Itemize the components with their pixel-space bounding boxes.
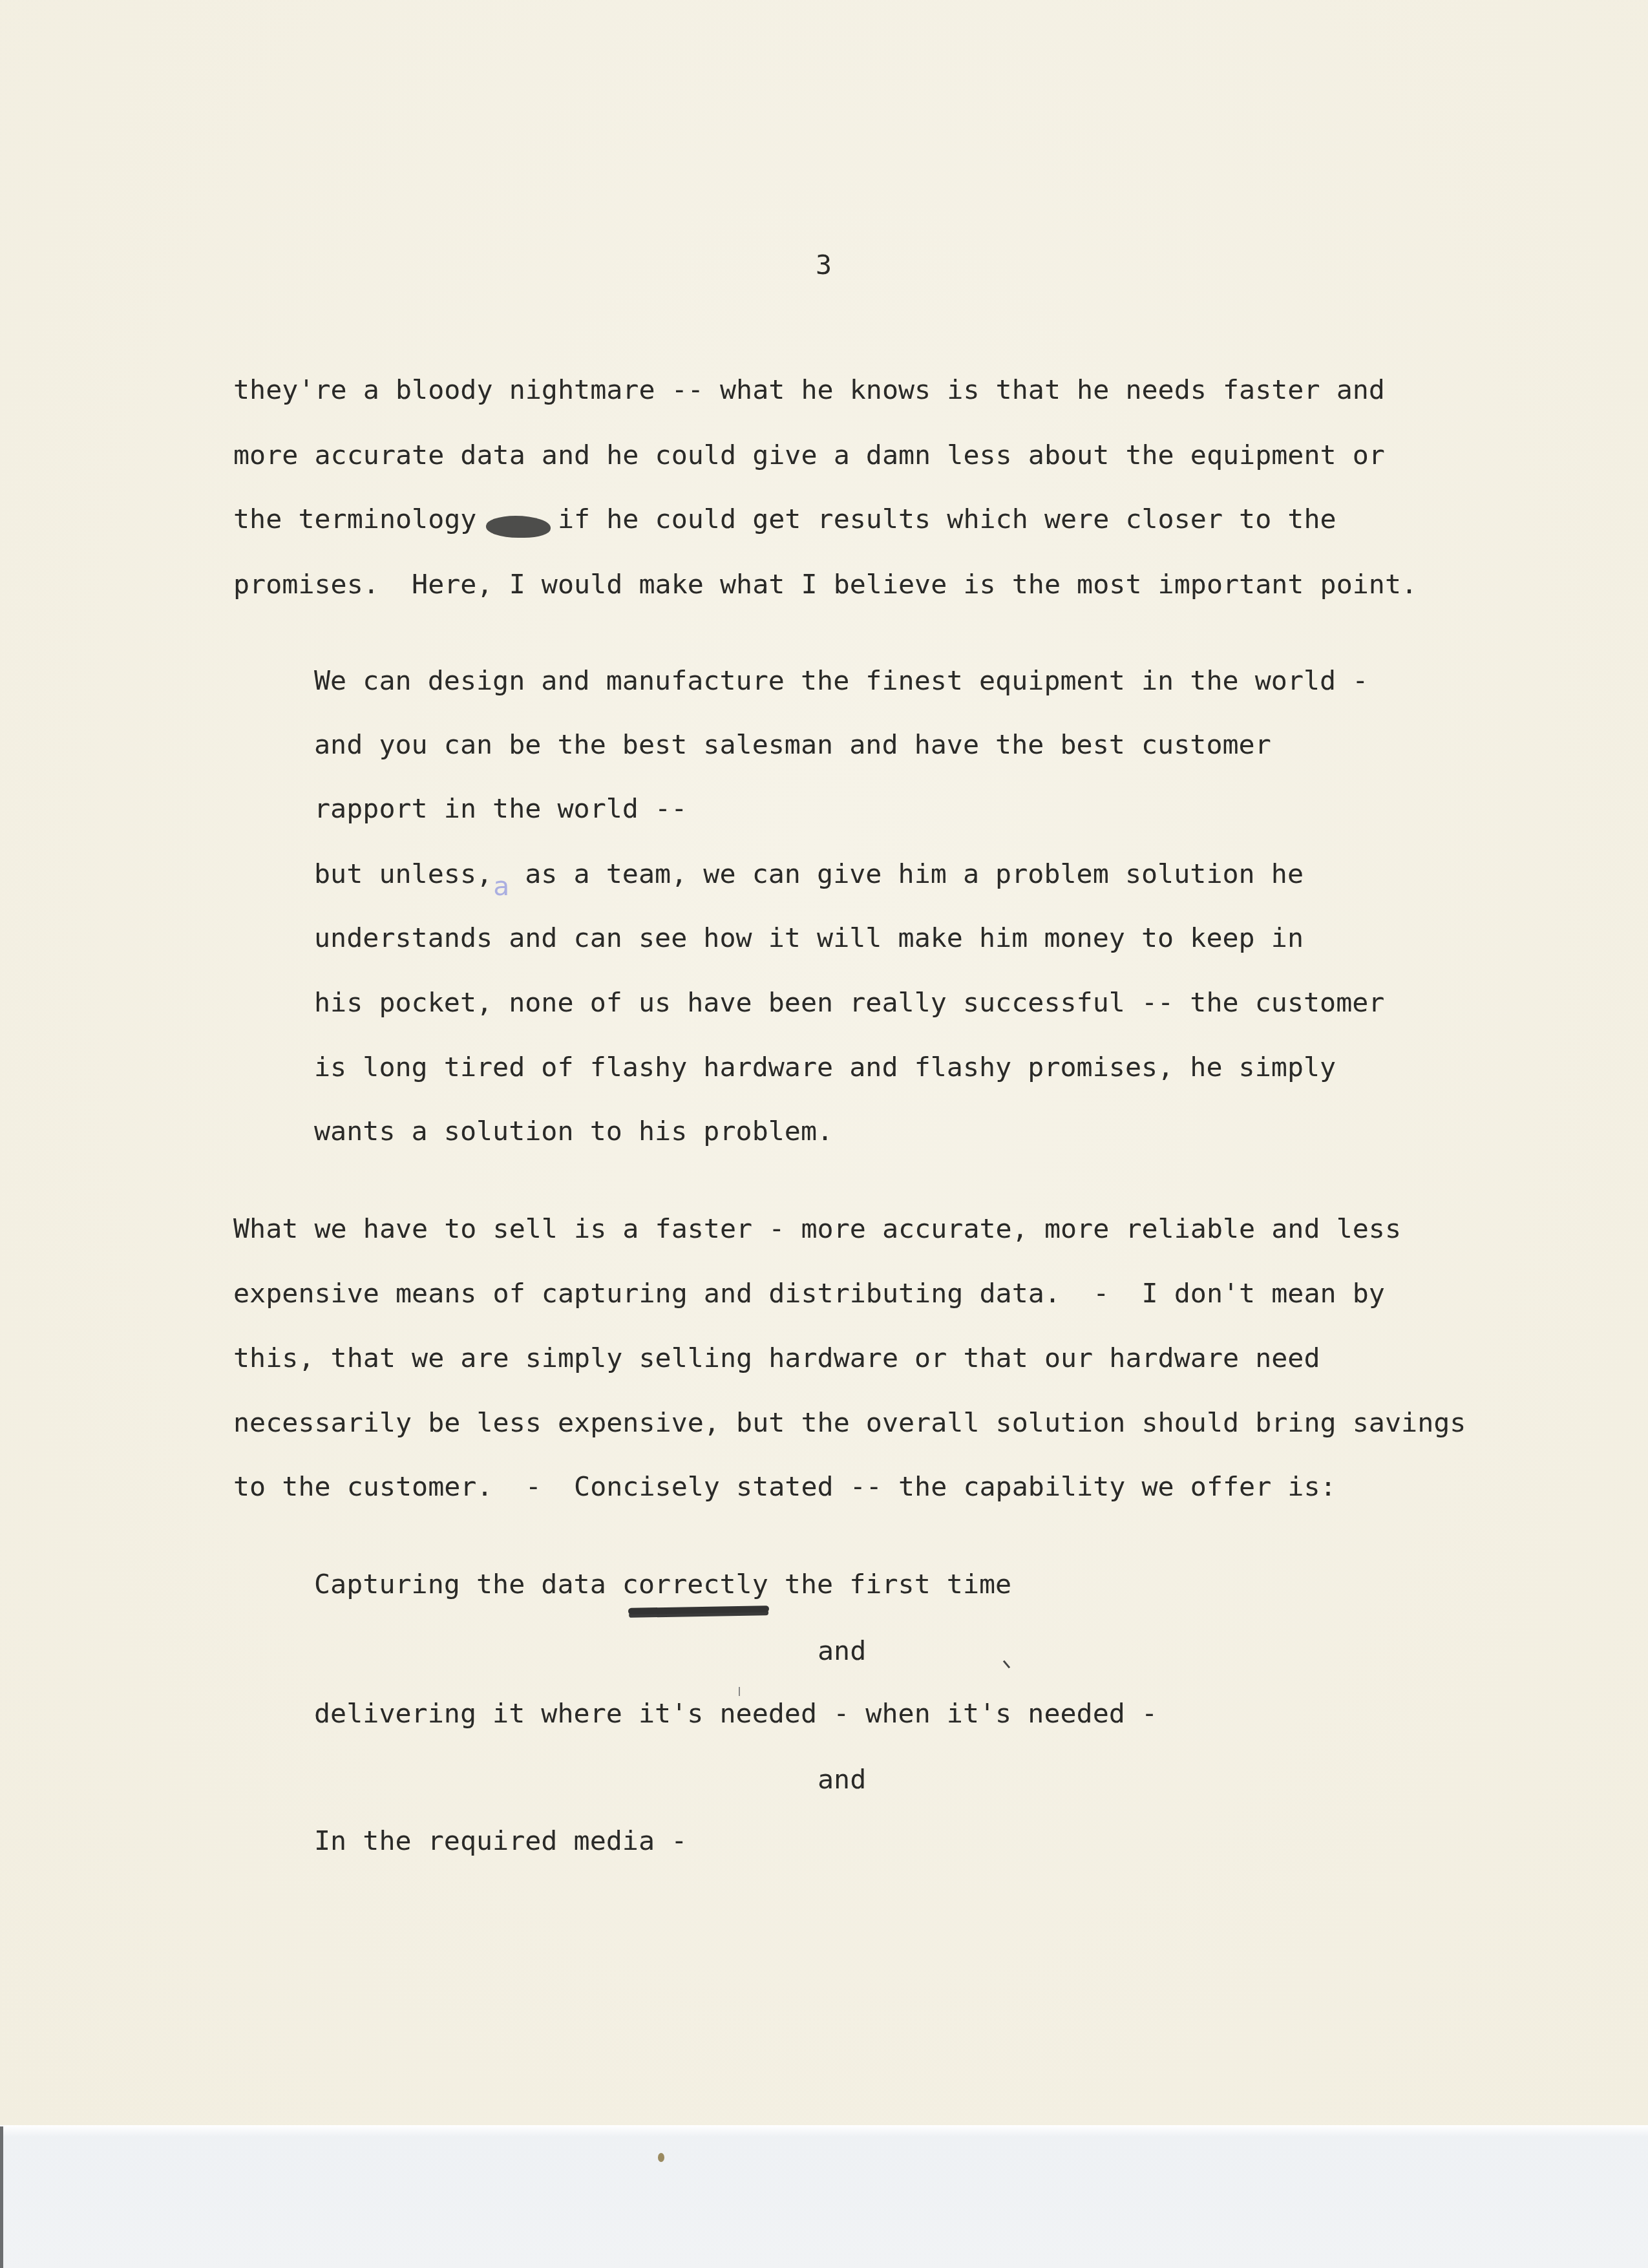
paragraph1-line-4: promises. Here, I would make what I beli… [233,571,1417,598]
indented-line-7: is long tired of flashy hardware and fla… [314,1054,1336,1081]
capability-item-2: delivering it where it's needed - when i… [314,1700,1157,1727]
paragraph2-line-5: to the customer. - Concisely stated -- t… [233,1473,1336,1500]
scanner-edge-shadow [0,2126,3,2268]
conjunction-and-2: and [818,1763,866,1795]
paragraph1-line-3: the terminology if he could get results … [233,505,1336,533]
paragraph2-line-2: expensive means of capturing and distrib… [233,1280,1385,1307]
document-page: 3 they're a bloody nightmare -- what he … [0,0,1648,2125]
paragraph2-line-4: necessarily be less expensive, but the o… [233,1409,1466,1436]
scanner-background [0,2125,1648,2268]
indented-line-4: but unless, as a team, we can give him a… [314,860,1304,887]
handwritten-underline [628,1606,769,1615]
dust-speck [658,2153,664,2162]
capability-item-1: Capturing the data correctly the first t… [314,1571,1011,1598]
blue-correction-letter: a [493,870,509,902]
indented-line-3: rapport in the world -- [314,795,687,822]
indented-line-8: wants a solution to his problem. [314,1118,833,1145]
paragraph1-line-2: more accurate data and he could give a d… [233,441,1385,469]
paragraph2-line-3: this, that we are simply selling hardwar… [233,1344,1320,1372]
indented-line-1: We can design and manufacture the finest… [314,667,1368,694]
indented-line-5: understands and can see how it will make… [314,924,1304,951]
conjunction-and-1: and [818,1635,866,1666]
ink-strikeout-mark [486,516,551,538]
stray-pen-mark [1003,1660,1010,1669]
capability-item-3: In the required media - [314,1827,687,1854]
indented-line-6: his pocket, none of us have been really … [314,989,1384,1016]
paragraph2-line-1: What we have to sell is a faster - more … [233,1215,1401,1242]
stray-pen-mark [739,1687,740,1696]
page-number: 3 [816,249,832,281]
paragraph1-line-1: they're a bloody nightmare -- what he kn… [233,376,1385,403]
indented-line-2: and you can be the best salesman and hav… [314,731,1271,758]
